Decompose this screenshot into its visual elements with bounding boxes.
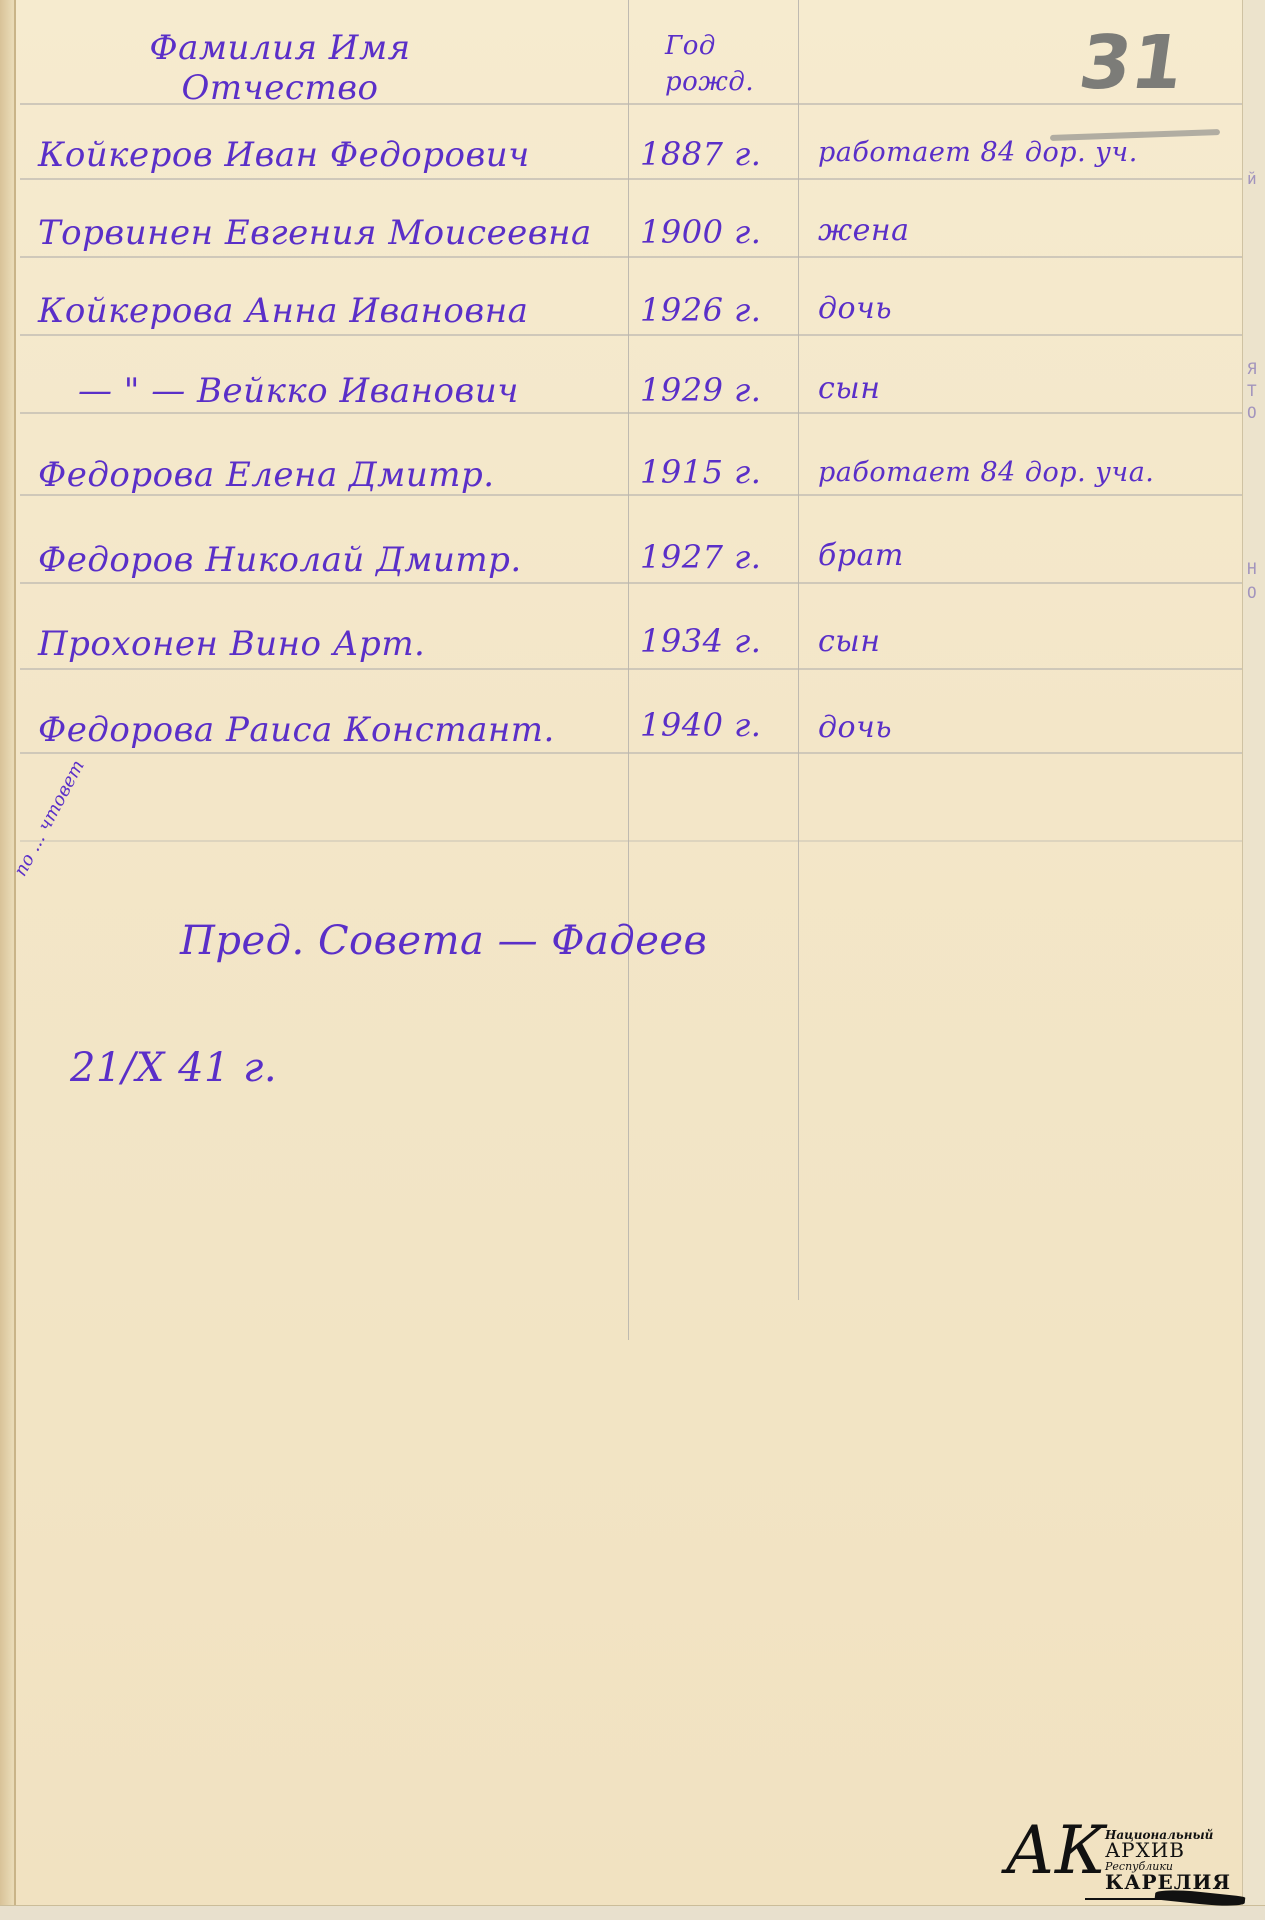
row-8-note: дочь: [818, 710, 892, 745]
rule-line: [20, 668, 1242, 670]
row-3-note: дочь: [818, 291, 892, 326]
ghost-letter: О: [1247, 404, 1257, 422]
row-8-year: 1940 г.: [640, 706, 761, 744]
date: 21/X 41 г.: [70, 1045, 277, 1091]
row-5-name: Федорова Елена Дмитр.: [38, 455, 495, 495]
ghost-letter: Т: [1247, 382, 1257, 400]
row-7-note: сын: [818, 624, 881, 659]
archive-logo: АК Национальный АРХИВ Республики КАРЕЛИЯ: [1005, 1818, 1245, 1898]
row-4-year: 1929 г.: [640, 371, 761, 409]
rule-line: [20, 412, 1242, 414]
rule-line: [20, 178, 1242, 180]
row-6-note: брат: [818, 538, 904, 573]
ghost-letter: Н: [1247, 560, 1257, 578]
row-3-name: Койкерова Анна Ивановна: [38, 291, 528, 331]
row-1-name: Койкеров Иван Федорович: [38, 135, 530, 175]
ghost-letter: О: [1247, 584, 1257, 602]
row-5-note: работает 84 дор. уча.: [818, 457, 1154, 488]
row-2-year: 1900 г.: [640, 213, 761, 251]
row-5-year: 1915 г.: [640, 453, 761, 491]
row-3-year: 1926 г.: [640, 291, 761, 329]
row-6-year: 1927 г.: [640, 538, 761, 576]
row-6-name: Федоров Николай Дмитр.: [38, 540, 522, 580]
rule-line: [20, 582, 1242, 584]
rule-line: [20, 256, 1242, 258]
page-number: 31: [1074, 20, 1189, 106]
row-2-name: Торвинен Евгения Моисеевна: [38, 213, 592, 253]
column-divider: [798, 0, 799, 1300]
row-7-year: 1934 г.: [640, 622, 761, 660]
row-7-name: Прохонен Вино Арт.: [38, 624, 425, 664]
logo-monogram: АК: [1005, 1812, 1106, 1889]
adjacent-page-edge: й Я Т О Н О: [1242, 0, 1265, 1920]
column-header-year: Год рожд.: [665, 28, 755, 100]
ghost-letter: Я: [1247, 360, 1257, 378]
column-divider: [628, 0, 629, 1340]
logo-line-archive: АРХИВ: [1105, 1838, 1185, 1862]
row-4-name: — " — Вейкко Иванович: [78, 371, 519, 411]
rule-line: [20, 752, 1242, 754]
row-4-note: сын: [818, 371, 881, 406]
rule-line: [20, 840, 1242, 842]
row-1-year: 1887 г.: [640, 135, 761, 173]
row-8-name: Федорова Раиса Констант.: [38, 710, 555, 750]
row-1-note: работает 84 дор. уч.: [818, 137, 1138, 168]
signature: Пред. Совета — Фадеев: [180, 918, 707, 964]
row-2-note: жена: [818, 213, 910, 248]
column-header-name: Фамилия Имя Отчество: [60, 28, 500, 108]
rule-line: [20, 334, 1242, 336]
bottom-edge: [0, 1905, 1265, 1920]
ghost-letter: й: [1247, 170, 1257, 188]
